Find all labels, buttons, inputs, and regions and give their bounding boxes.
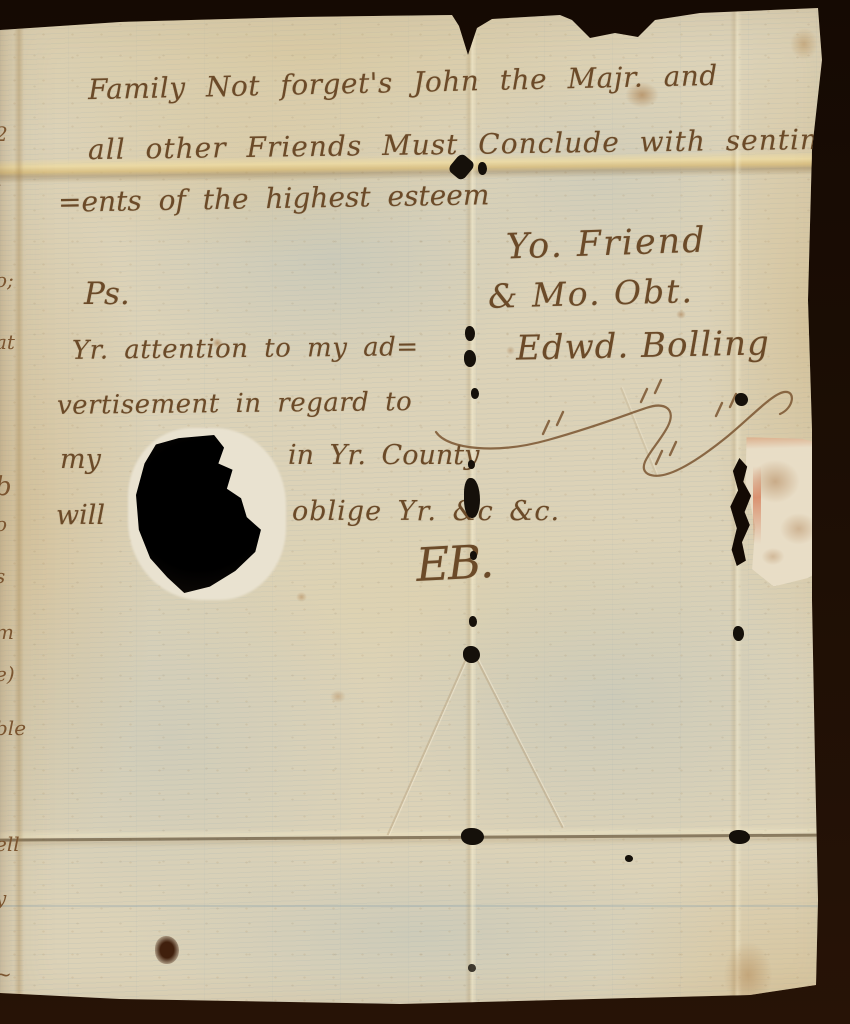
faint-fold-line xyxy=(0,905,850,907)
stitch-hole xyxy=(470,551,477,560)
letter-paper: Family Not forget's John the Majr. and a… xyxy=(0,0,850,1024)
closing-service-line: & Mo. Obt. xyxy=(487,271,694,316)
stitch-hole xyxy=(468,964,476,972)
stitch-hole xyxy=(735,393,748,406)
horizontal-fold-crease-bottom xyxy=(0,833,850,841)
flap-red-tinge xyxy=(753,466,761,544)
closing-salutation: Yo. Friend xyxy=(505,221,707,268)
initials-monogram: EB. xyxy=(415,534,494,592)
left-edge-fragment: ~ xyxy=(0,962,12,986)
ink-stain xyxy=(625,82,659,108)
left-edge-fragment: m xyxy=(0,620,14,644)
stitch-hole xyxy=(469,616,477,627)
postscript-line-4-end: oblige Yr. &c &c. xyxy=(292,496,560,527)
postscript-line-2: vertisement in regard to xyxy=(57,387,413,421)
left-edge-fragment: b xyxy=(0,472,12,502)
left-edge-fragment: ell xyxy=(0,832,20,856)
postscript-label: Ps. xyxy=(84,276,130,312)
stitch-hole xyxy=(464,478,480,518)
dark-stain-blob xyxy=(155,936,179,964)
left-edge-fragment: e) xyxy=(0,662,15,686)
worm-hole xyxy=(478,162,487,175)
left-edge-fragment: o; xyxy=(0,268,14,292)
left-edge-fragment: 2 xyxy=(0,122,8,146)
letter-body-line-3: =ents of the highest esteem xyxy=(58,178,490,219)
left-edge-fragment: o xyxy=(0,512,7,536)
stain-spot xyxy=(506,346,515,355)
left-edge-fragment: i xyxy=(0,180,1,204)
diagonal-crease xyxy=(472,651,564,828)
stain-spot xyxy=(724,942,772,1008)
stain-spot xyxy=(790,28,818,60)
stitch-hole xyxy=(461,828,484,845)
stitch-hole xyxy=(465,326,475,341)
stitch-hole xyxy=(463,646,480,663)
stain-spot xyxy=(212,338,223,348)
scanned-letter-page: Family Not forget's John the Majr. and a… xyxy=(0,0,850,1024)
stitch-hole xyxy=(468,460,475,469)
stitch-hole xyxy=(733,626,744,641)
stitch-hole xyxy=(464,350,476,367)
vertical-fold-crease-left-margin xyxy=(14,0,24,1024)
stitch-hole xyxy=(471,388,479,399)
stitch-hole xyxy=(729,830,750,844)
postscript-line-3-end: in Yr. County xyxy=(288,440,479,471)
stain-spot xyxy=(676,310,686,319)
postscript-line-3-start: my xyxy=(60,444,101,475)
letter-body-line-1: Family Not forget's John the Majr. and xyxy=(88,59,718,106)
stain-spot xyxy=(296,592,307,602)
left-edge-fragment: ble xyxy=(0,716,26,740)
left-edge-fragment: s xyxy=(0,564,5,588)
postscript-line-1: Yr. attention to my ad= xyxy=(72,332,419,366)
diagonal-crease xyxy=(387,652,470,836)
left-edge-fragment: at xyxy=(0,330,15,354)
stitch-hole xyxy=(625,855,633,862)
left-edge-fragment: y xyxy=(0,886,6,910)
stain-spot xyxy=(330,690,346,703)
signature-name: Edwd. Bolling xyxy=(516,323,771,368)
postscript-line-4-start: will xyxy=(56,500,105,531)
